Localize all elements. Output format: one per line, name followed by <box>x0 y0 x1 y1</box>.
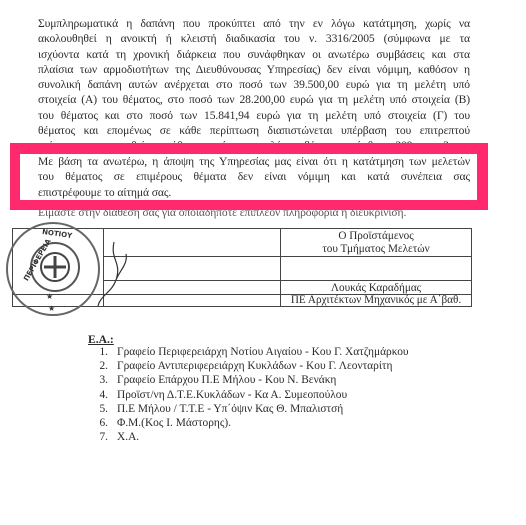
text-line: Συμπληρωματικά η δαπάνη που προκύπτει απ… <box>38 16 470 31</box>
highlight-box <box>10 143 488 210</box>
distribution-list: 1.Γραφείο Περιφερειάρχη Νοτίου Αιγαίου -… <box>90 345 409 444</box>
text-line: ακολουθηθεί η ανοικτή ή κλειστή διαδικασ… <box>38 31 470 46</box>
signatory-title: Ο Προϊστάμενος του Τμήματος Μελετών <box>280 230 472 256</box>
text-line: ισχύοντα κατά τη χρονική διάρκεια που συ… <box>38 47 470 62</box>
list-item: 6.Φ.Μ.(Κος Ι. Μάστορης). <box>90 416 409 430</box>
list-item: 5.Π.Ε Μήλου / Τ.Τ.Ε - Υπ΄όψιν Κας Θ. Μπα… <box>90 402 409 416</box>
text-line: πλαίσια των αρμοδιοτήτων της Διευθύνουσα… <box>38 62 470 77</box>
text-line: του θέματος και στο ποσό των 15.841,94 ε… <box>38 108 470 123</box>
list-item: 2.Γραφείο Αντιπεριφερειάρχη Κυκλάδων - Κ… <box>90 359 409 373</box>
signatory-title-line-2: του Τμήματος Μελετών <box>280 243 472 256</box>
text-line: συνολική δαπάνη αυτών ανέρχεται στο ποσό… <box>38 77 470 92</box>
scanned-document-page: Συμπληρωματικά η δαπάνη που προκύπτει απ… <box>0 0 526 525</box>
list-item: 1.Γραφείο Περιφερειάρχη Νοτίου Αιγαίου -… <box>90 345 409 359</box>
list-item: 7.Χ.Α. <box>90 430 409 444</box>
text-line: θέματος και επομένως σε κάθε περίπτωση δ… <box>38 123 470 138</box>
paragraph-expenditure: Συμπληρωματικά η δαπάνη που προκύπτει απ… <box>38 16 470 154</box>
official-seal-icon: ΝΟΤΙΟΥ ΠΕΡΙΦΕΡΕΙΑ ★ ★ <box>6 222 100 316</box>
list-item: 3.Γραφείο Επάρχου Π.Ε Μήλου - Κου Ν. Βεν… <box>90 373 409 387</box>
list-item: 4.Προϊστ/νη Δ.Τ.Ε.Κυκλάδων - Κα Α. Συμεο… <box>90 388 409 402</box>
text-line: στοιχεία (Α) του θέματος, στο ποσό των 2… <box>38 92 470 107</box>
signatory-role: ΠΕ Αρχιτέκτων Μηχανικός με Α΄βαθ. <box>280 294 472 307</box>
signatory-title-line-1: Ο Προϊστάμενος <box>280 230 472 243</box>
